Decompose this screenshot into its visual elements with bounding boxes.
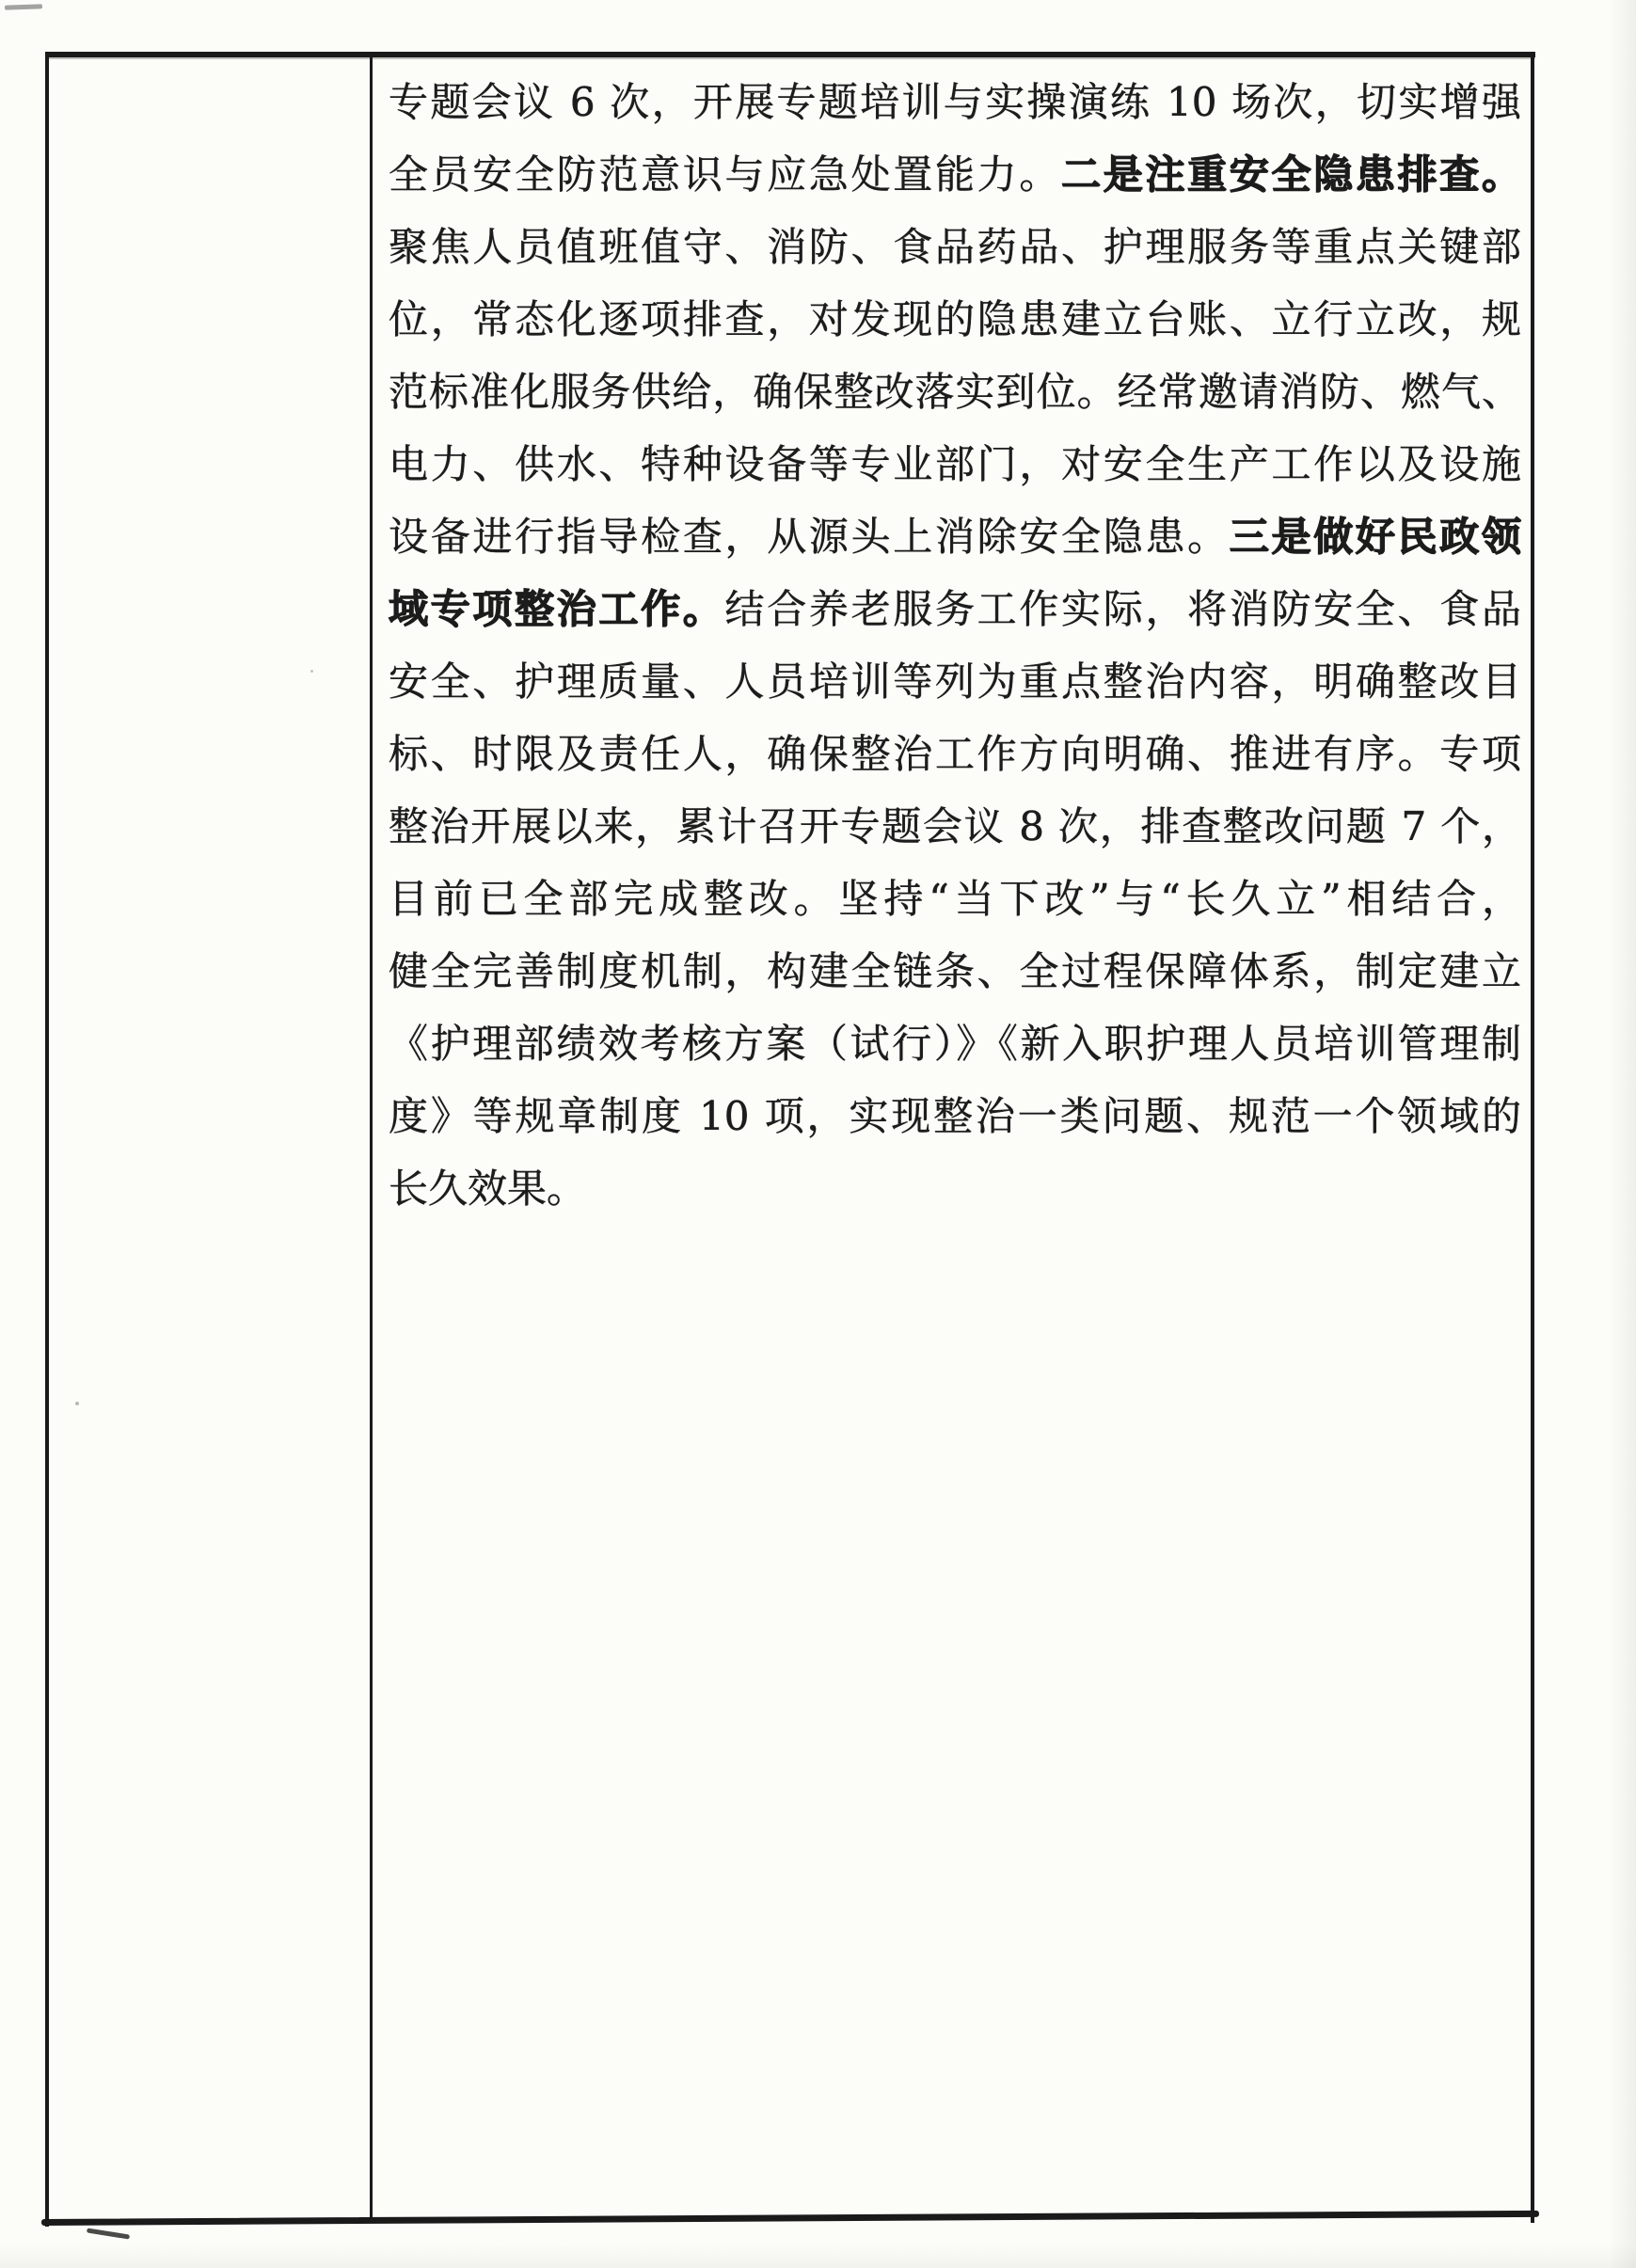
text-segment: 专题会议 6 次，开展专题培训与实操演练 10 场次，切实增强 (389, 79, 1521, 125)
text-line: 整治开展以来，累计召开专题会议 8 次，排查整改问题 7 个， (389, 790, 1521, 863)
table-left-cell (49, 57, 370, 2219)
text-line: 长久效果。 (389, 1152, 1521, 1225)
text-line: 设备进行指导检查，从源头上消除安全隐患。三是做好民政领 (389, 500, 1521, 573)
text-segment: 健全完善制度机制，构建全链条、全过程保障体系，制定建立 (389, 948, 1521, 994)
text-line: 安全、护理质量、人员培训等列为重点整治内容，明确整改目 (389, 645, 1521, 718)
text-line: 目前已全部完成整改。坚持“当下改”与“长久立”相结合， (389, 863, 1521, 935)
bold-text-segment: 域专项整治工作。 (389, 586, 725, 632)
scan-edge-shadow-right (1608, 0, 1636, 2268)
text-line: 域专项整治工作。结合养老服务工作实际，将消防安全、食品 (389, 573, 1521, 645)
text-segment: 安全、护理质量、人员培训等列为重点整治内容，明确整改目 (389, 658, 1521, 705)
text-segment: 聚焦人员值班值守、消防、食品药品、护理服务等重点关键部 (389, 224, 1521, 270)
text-line: 全员安全防范意识与应急处置能力。二是注重安全隐患排查。 (389, 138, 1521, 211)
bold-text-segment: 二是注重安全隐患排查。 (1061, 151, 1521, 198)
text-line: 专题会议 6 次，开展专题培训与实操演练 10 场次，切实增强 (389, 66, 1521, 138)
text-segment: 电力、供水、特种设备等专业部门，对安全生产工作以及设施 (389, 441, 1521, 487)
scan-artifact-speck (5, 4, 42, 9)
text-segment: 标、时限及责任人，确保整治工作方向明确、推进有序。专项 (389, 731, 1521, 777)
text-line: 范标准化服务供给，确保整改落实到位。经常邀请消防、燃气、 (389, 356, 1521, 428)
text-segment: 位，常态化逐项排查，对发现的隐患建立台账、立行立改，规 (389, 296, 1521, 342)
report-paragraph: 专题会议 6 次，开展专题培训与实操演练 10 场次，切实增强全员安全防范意识与… (389, 66, 1521, 1225)
text-line: 标、时限及责任人，确保整治工作方向明确、推进有序。专项 (389, 718, 1521, 790)
text-line: 电力、供水、特种设备等专业部门，对安全生产工作以及设施 (389, 428, 1521, 500)
bold-text-segment: 三是做好民政领 (1230, 514, 1521, 560)
text-line: 位，常态化逐项排查，对发现的隐患建立台账、立行立改，规 (389, 283, 1521, 356)
text-line: 度》等规章制度 10 项，实现整治一类问题、规范一个领域的 (389, 1080, 1521, 1152)
text-segment: 《护理部绩效考核方案（试行）》《新入职护理人员培训管理制 (389, 1021, 1521, 1067)
text-line: 健全完善制度机制，构建全链条、全过程保障体系，制定建立 (389, 935, 1521, 1007)
text-segment: 结合养老服务工作实际，将消防安全、食品 (725, 586, 1521, 632)
text-segment: 全员安全防范意识与应急处置能力。 (389, 151, 1061, 198)
text-segment: 整治开展以来，累计召开专题会议 8 次，排查整改问题 7 个， (389, 803, 1521, 849)
text-segment: 设备进行指导检查，从源头上消除安全隐患。 (389, 514, 1230, 560)
table-border-right (1531, 52, 1534, 2223)
text-segment: 范标准化服务供给，确保整改落实到位。经常邀请消防、燃气、 (389, 369, 1521, 415)
text-segment: 度》等规章制度 10 项，实现整治一类问题、规范一个领域的 (389, 1093, 1521, 1139)
scanned-document-page: 专题会议 6 次，开展专题培训与实操演练 10 场次，切实增强全员安全防范意识与… (0, 0, 1636, 2268)
table-border-ink-tail (87, 2228, 130, 2239)
text-line: 聚焦人员值班值守、消防、食品药品、护理服务等重点关键部 (389, 211, 1521, 283)
text-line: 《护理部绩效考核方案（试行）》《新入职护理人员培训管理制 (389, 1007, 1521, 1080)
text-segment: 目前已全部完成整改。坚持“当下改”与“长久立”相结合， (389, 876, 1521, 922)
table-content-cell: 专题会议 6 次，开展专题培训与实操演练 10 场次，切实增强全员安全防范意识与… (373, 57, 1531, 2219)
text-segment: 长久效果。 (389, 1166, 586, 1212)
scan-edge-shadow-bottom (0, 2244, 1636, 2268)
